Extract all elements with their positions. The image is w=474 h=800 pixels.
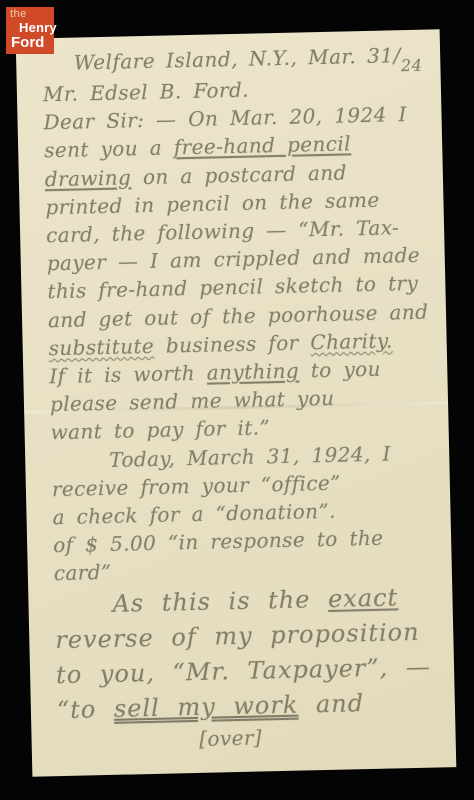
letter-text-segment: receive from your “office” (52, 470, 341, 501)
letter-text-segment: sent you a (44, 136, 174, 163)
dateline-text: Welfare Island, N.Y., Mar. 31/ (74, 43, 402, 74)
letter-text-segment: Charity. (310, 328, 393, 354)
logo-henry-text: Henry (19, 20, 57, 35)
letter-text-segment: card” (54, 560, 112, 585)
letter-content: Welfare Island, N.Y., Mar. 31/24 Mr. Eds… (16, 29, 457, 776)
letter-body: Mr. Edsel B. Ford.Dear Sir: — On Mar. 20… (43, 72, 444, 756)
henry-ford-logo: the Henry Ford (6, 7, 54, 54)
logo-ford-text: Ford (11, 34, 44, 51)
letter-text-segment: anything (207, 359, 300, 385)
letter-text-segment: substitute (48, 334, 154, 360)
letter-text-segment: reverse of my proposition (55, 618, 420, 654)
letter-paper: Welfare Island, N.Y., Mar. 31/24 Mr. Eds… (16, 29, 457, 776)
letter-text-segment: on a postcard and (131, 160, 347, 189)
letter-text-segment: Mr. Edsel B. Ford. (43, 78, 249, 107)
dateline-year: 24 (401, 51, 423, 81)
letter-text-segment: Today, March 31, 1924, I (109, 441, 391, 471)
logo-the-text: the (10, 8, 27, 20)
letter-text-segment: to you (299, 357, 381, 383)
letter-text-segment: business for (154, 330, 311, 358)
letter-text-segment: of $ 5.00 “in response to the (53, 526, 384, 557)
letter-text-segment: to you, “Mr. Taxpayer”, — (56, 652, 431, 688)
letter-text-segment: want to pay for it.” (50, 416, 270, 445)
letter-text-segment: drawing (45, 165, 132, 191)
letter-text-segment: [over] (199, 725, 262, 750)
letter-text-segment: and (298, 689, 364, 718)
letter-text-segment: please send me what you (50, 386, 335, 416)
letter-text-segment: “to (57, 695, 115, 724)
letter-text-segment: free-hand pencil (174, 132, 352, 160)
letter-text-segment: a check for a “donation”. (52, 499, 336, 529)
letter-text-segment: sell my work (114, 690, 299, 722)
letter-text-segment: As this is the (112, 585, 328, 618)
letter-text-segment: exact (328, 583, 399, 613)
letter-text-segment: If it is worth (49, 361, 207, 389)
